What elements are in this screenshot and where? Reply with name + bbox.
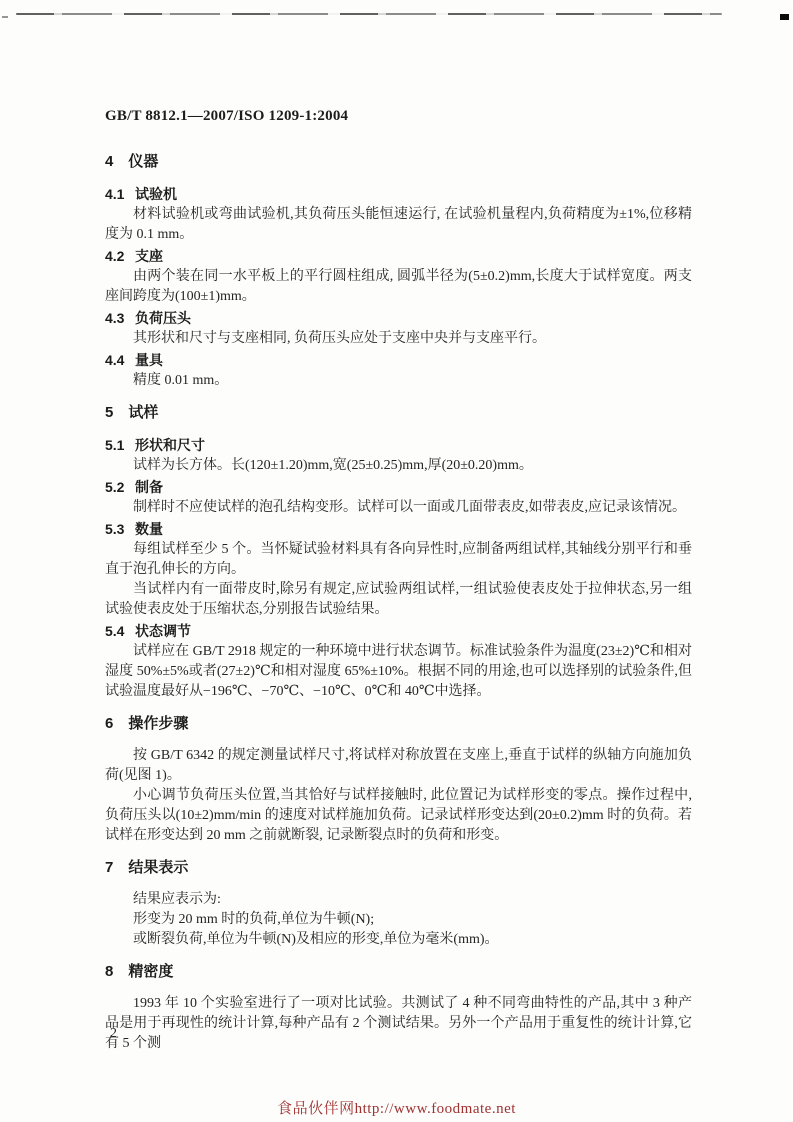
subclause-4-2-heading: 4.2支座: [105, 246, 692, 266]
paragraph-4-2: 由两个装在同一水平板上的平行圆柱组成, 圆弧半径为(5±0.2)mm,长度大于试…: [105, 267, 692, 307]
clause-title: 操作步骤: [128, 715, 188, 732]
paragraph-8: 1993 年 10 个实验室进行了一项对比试验。共测试了 4 种不同弯曲特性的产…: [105, 994, 692, 1054]
clause-number: 8: [105, 963, 113, 980]
scan-artifact-left-mark: [2, 16, 8, 18]
subclause-4-4-heading: 4.4量具: [105, 350, 692, 370]
subclause-5-1-heading: 5.1形状和尺寸: [105, 435, 692, 455]
subclause-4-1-heading: 4.1试验机: [105, 184, 692, 204]
clause-7-heading: 7结果表示: [105, 858, 692, 878]
clause-4-heading: 4仪器: [105, 152, 692, 172]
paragraph-5-4: 试样应在 GB/T 2918 规定的一种环境中进行状态调节。标准试验条件为温度(…: [105, 642, 692, 702]
paragraph-6-b: 小心调节负荷压头位置,当其恰好与试样接触时, 此位置记为试样形变的零点。操作过程…: [105, 786, 692, 846]
paragraph-4-4: 精度 0.01 mm。: [105, 371, 692, 391]
subclause-5-2-heading: 5.2制备: [105, 477, 692, 497]
subclause-number: 4.1: [105, 186, 124, 202]
paragraph-4-3: 其形状和尺寸与支座相同, 负荷压头应处于支座中央并与支座平行。: [105, 329, 692, 349]
subclause-title: 试验机: [135, 186, 177, 202]
clause-number: 4: [105, 153, 113, 170]
scan-artifact-line: [16, 13, 722, 15]
subclause-title: 负荷压头: [135, 310, 191, 326]
clause-title: 结果表示: [128, 859, 188, 876]
subclause-title: 形状和尺寸: [135, 437, 205, 453]
clause-title: 仪器: [128, 153, 158, 170]
subclause-4-3-heading: 4.3负荷压头: [105, 308, 692, 328]
paragraph-5-3-a: 每组试样至少 5 个。当怀疑试验材料具有各向异性时,应制备两组试样,其轴线分别平…: [105, 540, 692, 580]
clause-number: 5: [105, 404, 113, 421]
paragraph-5-1: 试样为长方体。长(120±1.20)mm,宽(25±0.25)mm,厚(20±0…: [105, 456, 692, 476]
subclause-number: 5.3: [105, 521, 124, 537]
subclause-title: 量具: [135, 352, 163, 368]
subclause-title: 数量: [135, 521, 163, 537]
paragraph-6-a: 按 GB/T 6342 的规定测量试样尺寸,将试样对称放置在支座上,垂直于试样的…: [105, 746, 692, 786]
page-number: 2: [110, 1026, 117, 1042]
paragraph-7-item-2: 或断裂负荷,单位为牛顿(N)及相应的形变,单位为毫米(mm)。: [105, 930, 692, 950]
clause-number: 7: [105, 859, 113, 876]
scan-artifact-corner-mark: [780, 14, 789, 20]
subclause-number: 5.1: [105, 437, 124, 453]
paragraph-7-item-1: 形变为 20 mm 时的负荷,单位为牛顿(N);: [105, 910, 692, 930]
subclause-title: 支座: [135, 248, 163, 264]
document-body: 4仪器 4.1试验机 材料试验机或弯曲试验机,其负荷压头能恒速运行, 在试验机量…: [105, 152, 692, 1054]
subclause-number: 4.3: [105, 310, 124, 326]
subclause-number: 4.2: [105, 248, 124, 264]
standard-number-header: GB/T 8812.1—2007/ISO 1209-1:2004: [105, 108, 348, 125]
subclause-number: 4.4: [105, 352, 124, 368]
clause-title: 精密度: [128, 963, 173, 980]
scanned-document-page: GB/T 8812.1—2007/ISO 1209-1:2004 4仪器 4.1…: [0, 0, 793, 1122]
subclause-title: 制备: [135, 479, 163, 495]
subclause-number: 5.4: [105, 623, 124, 639]
clause-title: 试样: [128, 404, 158, 421]
paragraph-7-intro: 结果应表示为:: [105, 890, 692, 910]
paragraph-5-3-b: 当试样内有一面带皮时,除另有规定,应试验两组试样,一组试验使表皮处于拉伸状态,另…: [105, 580, 692, 620]
subclause-title: 状态调节: [135, 623, 191, 639]
clause-8-heading: 8精密度: [105, 962, 692, 982]
subclause-5-4-heading: 5.4状态调节: [105, 621, 692, 641]
clause-number: 6: [105, 715, 113, 732]
paragraph-4-1: 材料试验机或弯曲试验机,其负荷压头能恒速运行, 在试验机量程内,负荷精度为±1%…: [105, 205, 692, 245]
clause-6-heading: 6操作步骤: [105, 714, 692, 734]
subclause-5-3-heading: 5.3数量: [105, 519, 692, 539]
subclause-number: 5.2: [105, 479, 124, 495]
paragraph-5-2: 制样时不应使试样的泡孔结构变形。试样可以一面或几面带表皮,如带表皮,应记录该情况…: [105, 498, 692, 518]
footer-watermark: 食品伙伴网http://www.foodmate.net: [0, 1097, 793, 1118]
clause-5-heading: 5试样: [105, 403, 692, 423]
